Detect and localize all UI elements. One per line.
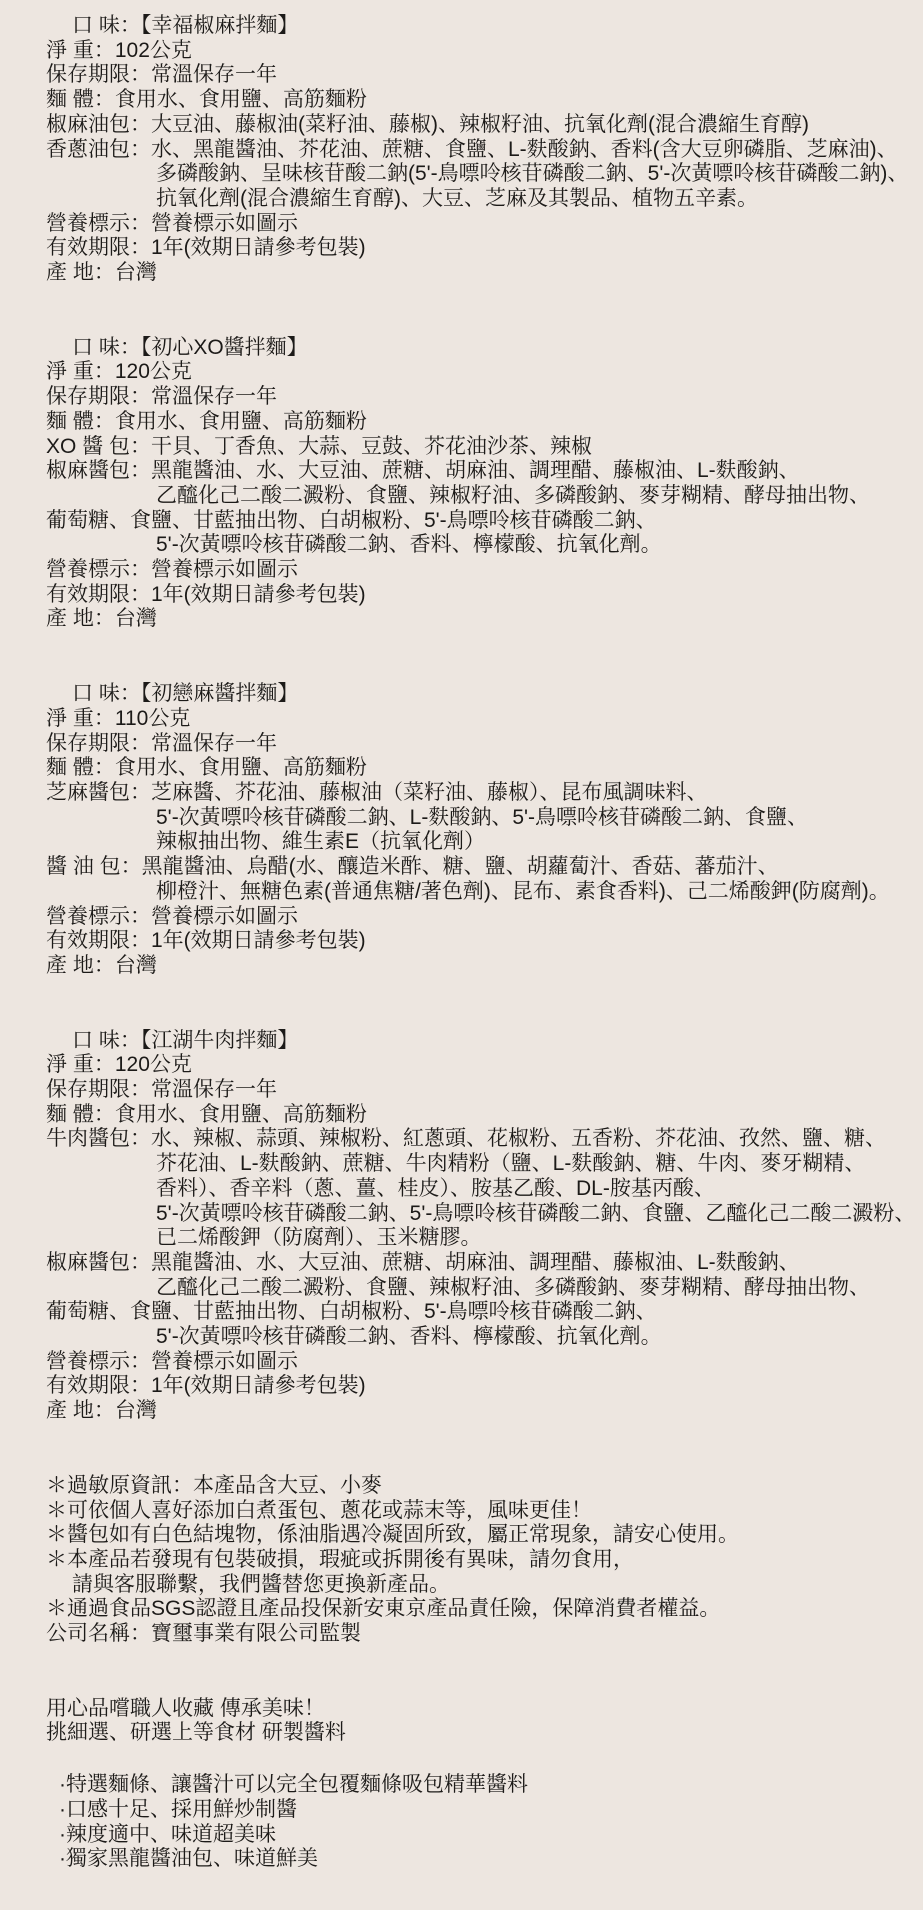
text-line: 保存期限：常溫保存一年 bbox=[46, 1078, 919, 1103]
text-line: 芝麻醬包：芝麻醬、芥花油、藤椒油（菜籽油、藤椒）、昆布風調味料、 bbox=[46, 781, 919, 806]
text-line: ＊可依個人喜好添加白煮蛋包、蔥花或蒜末等，風味更佳！ bbox=[46, 1499, 919, 1524]
text-line: 產 地：台灣 bbox=[46, 607, 919, 632]
text-line: 5'-次黃嘌呤核苷磷酸二鈉、L-麩酸鈉、5'-鳥嘌呤核苷磷酸二鈉、食鹽、 bbox=[46, 806, 919, 831]
text-line: 乙醯化己二酸二澱粉、食鹽、辣椒籽油、多磷酸鈉、麥芽糊精、酵母抽出物、 bbox=[46, 1276, 919, 1301]
text-line: 淨 重：120公克 bbox=[46, 1053, 919, 1078]
text-line: 抗氧化劑(混合濃縮生育醇)、大豆、芝麻及其製品、植物五辛素。 bbox=[46, 187, 919, 212]
text-line: 麵 體：食用水、食用鹽、高筋麵粉 bbox=[46, 1103, 919, 1128]
text-line: 產 地：台灣 bbox=[46, 261, 919, 286]
text-line: 營養標示：營養標示如圖示 bbox=[46, 1350, 919, 1375]
product-section-jianghu-beef: 口 味：【江湖牛肉拌麵】淨 重：120公克保存期限：常溫保存一年麵 體：食用水、… bbox=[46, 1029, 919, 1424]
text-line: 牛肉醬包：水、辣椒、蒜頭、辣椒粉、紅蔥頭、花椒粉、五香粉、芥花油、孜然、鹽、糖、 bbox=[46, 1127, 919, 1152]
text-line: 辣椒抽出物、維生素E（抗氧化劑） bbox=[46, 830, 919, 855]
text-line: 口 味：【初心XO醬拌麵】 bbox=[46, 336, 919, 361]
text-line: 用心品嚐職人收藏 傳承美味！ bbox=[46, 1697, 919, 1722]
product-page: { "page": { "background_color": "#ede6e0… bbox=[0, 0, 923, 1910]
text-line: 公司名稱：寶璽事業有限公司監製 bbox=[46, 1622, 919, 1647]
text-line: 麵 體：食用水、食用鹽、高筋麵粉 bbox=[46, 756, 919, 781]
text-line: 香蔥油包：水、黑龍醬油、芥花油、蔗糖、食鹽、L-麩酸鈉、香料(含大豆卵磷脂、芝麻… bbox=[46, 138, 919, 163]
text-line: 口 味：【幸福椒麻拌麵】 bbox=[46, 14, 919, 39]
tagline-section: 用心品嚐職人收藏 傳承美味！挑細選、研選上等食材 研製醬料 bbox=[46, 1697, 919, 1746]
text-line: 保存期限：常溫保存一年 bbox=[46, 732, 919, 757]
text-line: 5'-次黃嘌呤核苷磷酸二鈉、香料、檸檬酸、抗氧化劑。 bbox=[46, 533, 919, 558]
text-line: 已二烯酸鉀（防腐劑）、玉米糖膠。 bbox=[46, 1226, 919, 1251]
text-line: 請與客服聯繫，我們醬替您更換新產品。 bbox=[46, 1573, 919, 1598]
notes-section: ＊過敏原資訊：本產品含大豆、小麥＊可依個人喜好添加白煮蛋包、蔥花或蒜末等，風味更… bbox=[46, 1474, 919, 1647]
text-line: ·獨家黑龍醬油包、味道鮮美 bbox=[46, 1847, 919, 1872]
product-section-chuxin-xo: 口 味：【初心XO醬拌麵】淨 重：120公克保存期限：常溫保存一年麵 體：食用水… bbox=[46, 336, 919, 632]
text-line: 有效期限：1年(效期日請參考包裝) bbox=[46, 236, 919, 261]
text-line: 麵 體：食用水、食用鹽、高筋麵粉 bbox=[46, 410, 919, 435]
text-line: 柳橙汁、無糖色素(普通焦糖/著色劑)、昆布、素食香料)、己二烯酸鉀(防腐劑)。 bbox=[46, 880, 919, 905]
text-line: 椒麻醬包：黑龍醬油、水、大豆油、蔗糖、胡麻油、調理醋、藤椒油、L-麩酸鈉、 bbox=[46, 459, 919, 484]
product-section-happiness-jiaoma: 口 味：【幸福椒麻拌麵】淨 重：102公克保存期限：常溫保存一年麵 體：食用水、… bbox=[46, 14, 919, 286]
text-line: 保存期限：常溫保存一年 bbox=[46, 385, 919, 410]
text-line: 醬 油 包：黑龍醬油、烏醋(水、釀造米酢、糖、鹽、胡蘿蔔汁、香菇、蕃茄汁、 bbox=[46, 855, 919, 880]
text-line: 保存期限：常溫保存一年 bbox=[46, 63, 919, 88]
text-line: 香料）、香辛料（蔥、薑、桂皮）、胺基乙酸、DL-胺基丙酸、 bbox=[46, 1177, 919, 1202]
text-line: 5'-次黃嘌呤核苷磷酸二鈉、香料、檸檬酸、抗氧化劑。 bbox=[46, 1325, 919, 1350]
text-line: 麵 體：食用水、食用鹽、高筋麵粉 bbox=[46, 88, 919, 113]
text-line: ·口感十足、採用鮮炒制醬 bbox=[46, 1798, 919, 1823]
text-line: 多磷酸鈉、呈味核苷酸二鈉(5'-鳥嘌呤核苷磷酸二鈉、5'-次黃嘌呤核苷磷酸二鈉)… bbox=[46, 162, 919, 187]
text-line: 芥花油、L-麩酸鈉、蔗糖、牛肉精粉（鹽、L-麩酸鈉、糖、牛肉、麥牙糊精、 bbox=[46, 1152, 919, 1177]
text-line: ＊本產品若發現有包裝破損，瑕疵或拆開後有異味，請勿食用， bbox=[46, 1548, 919, 1573]
text-line: 有效期限：1年(效期日請參考包裝) bbox=[46, 929, 919, 954]
text-line: 有效期限：1年(效期日請參考包裝) bbox=[46, 583, 919, 608]
text-line: 淨 重：120公克 bbox=[46, 360, 919, 385]
text-line: 椒麻油包：大豆油、藤椒油(菜籽油、藤椒)、辣椒籽油、抗氧化劑(混合濃縮生育醇) bbox=[46, 113, 919, 138]
text-line: 5'-次黃嘌呤核苷磷酸二鈉、5'-鳥嘌呤核苷磷酸二鈉、食鹽、乙醯化己二酸二澱粉、 bbox=[46, 1202, 919, 1227]
text-line: ＊醬包如有白色結塊物，係油脂遇冷凝固所致，屬正常現象，請安心使用。 bbox=[46, 1523, 919, 1548]
text-line: 口 味：【江湖牛肉拌麵】 bbox=[46, 1029, 919, 1054]
features-section: ·特選麵條、讓醬汁可以完全包覆麵條吸包精華醬料·口感十足、採用鮮炒制醬·辣度適中… bbox=[46, 1773, 919, 1872]
text-line: 椒麻醬包：黑龍醬油、水、大豆油、蔗糖、胡麻油、調理醋、藤椒油、L-麩酸鈉、 bbox=[46, 1251, 919, 1276]
text-line: ·辣度適中、味道超美味 bbox=[46, 1823, 919, 1848]
text-line: 乙醯化己二酸二澱粉、食鹽、辣椒籽油、多磷酸鈉、麥芽糊精、酵母抽出物、 bbox=[46, 484, 919, 509]
product-section-chulian-sesame: 口 味：【初戀麻醬拌麵】淨 重：110公克保存期限：常溫保存一年麵 體：食用水、… bbox=[46, 682, 919, 978]
text-line: 淨 重：110公克 bbox=[46, 707, 919, 732]
text-line: 有效期限：1年(效期日請參考包裝) bbox=[46, 1374, 919, 1399]
text-line: 產 地：台灣 bbox=[46, 1399, 919, 1424]
text-line: 產 地：台灣 bbox=[46, 954, 919, 979]
text-line: ＊通過食品SGS認證且產品投保新安東京產品責任險，保障消費者權益。 bbox=[46, 1597, 919, 1622]
text-line: 營養標示：營養標示如圖示 bbox=[46, 905, 919, 930]
text-line: 淨 重：102公克 bbox=[46, 39, 919, 64]
text-line: 營養標示：營養標示如圖示 bbox=[46, 212, 919, 237]
text-line: ·特選麵條、讓醬汁可以完全包覆麵條吸包精華醬料 bbox=[46, 1773, 919, 1798]
text-line: 營養標示：營養標示如圖示 bbox=[46, 558, 919, 583]
text-line: XO 醬 包：干貝、丁香魚、大蒜、豆鼓、芥花油沙茶、辣椒 bbox=[46, 435, 919, 460]
text-line: 挑細選、研選上等食材 研製醬料 bbox=[46, 1721, 919, 1746]
text-line: ＊過敏原資訊：本產品含大豆、小麥 bbox=[46, 1474, 919, 1499]
text-line: 葡萄糖、食鹽、甘藍抽出物、白胡椒粉、5'-鳥嘌呤核苷磷酸二鈉、 bbox=[46, 1300, 919, 1325]
text-line: 葡萄糖、食鹽、甘藍抽出物、白胡椒粉、5'-鳥嘌呤核苷磷酸二鈉、 bbox=[46, 509, 919, 534]
text-line: 口 味：【初戀麻醬拌麵】 bbox=[46, 682, 919, 707]
product-description-document: 口 味：【幸福椒麻拌麵】淨 重：102公克保存期限：常溫保存一年麵 體：食用水、… bbox=[46, 14, 919, 1872]
